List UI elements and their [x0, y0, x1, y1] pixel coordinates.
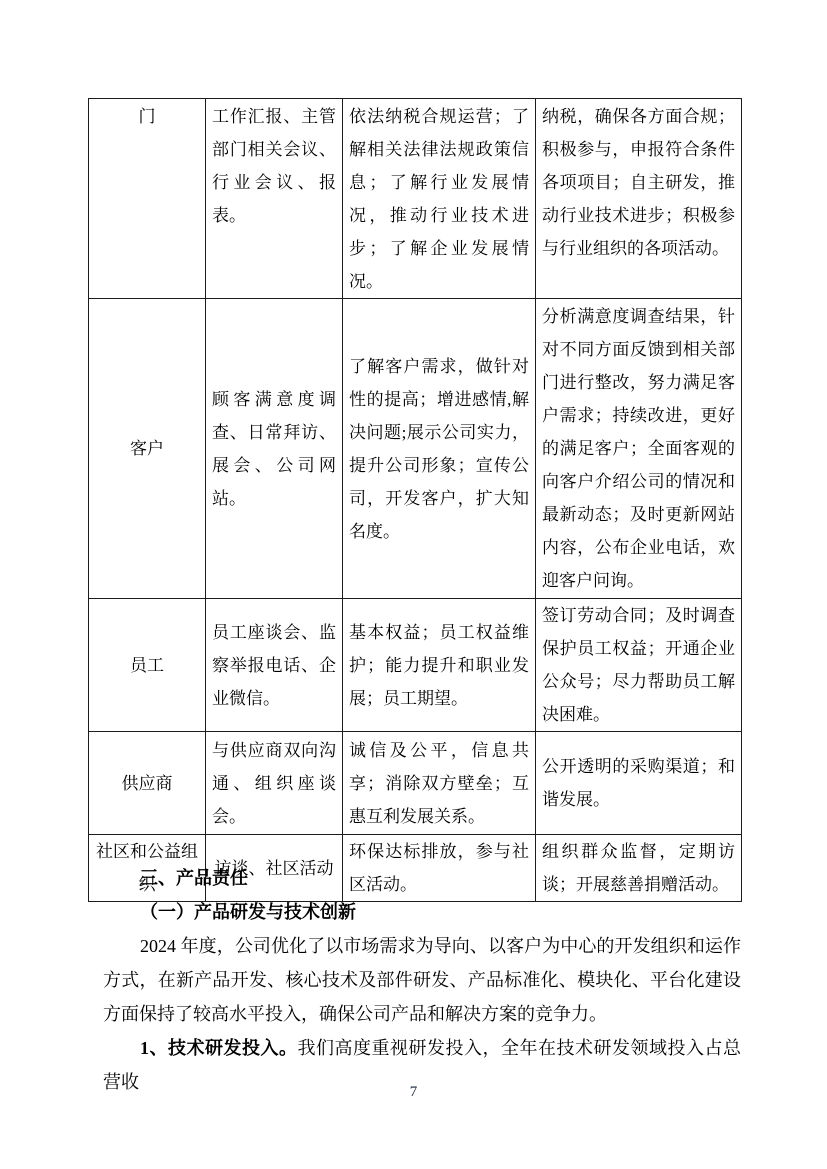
- responses-cell: 分析满意度调查结果，针对不同方面反馈到相关部门进行整改，努力满足客户需求；持续改…: [536, 299, 742, 599]
- paragraph-text: 2024 年度，公司优化了以市场需求为导向、以客户为中心的开发组织和运作方式，在…: [103, 936, 741, 1024]
- expectations-cell: 诚信及公平，信息共享；消除双方壁垒；互惠互利发展关系。: [343, 732, 536, 835]
- document-page: 门 工作汇报、主管部门相关会议、行业会议、报表。 依法纳税合规运营；了解相关法律…: [0, 0, 827, 1169]
- responses-cell: 公开透明的采购渠道；和谐发展。: [536, 732, 742, 835]
- stakeholder-cell: 门: [89, 99, 206, 299]
- body-content: 三、产品责任 （一）产品研发与技术创新 2024 年度，公司优化了以市场需求为导…: [103, 861, 741, 1099]
- table-row: 员工 员工座谈会、监察举报电话、企业微信。 基本权益；员工权益维护；能力提升和职…: [89, 599, 742, 732]
- channels-cell: 员工座谈会、监察举报电话、企业微信。: [206, 599, 343, 732]
- channels-cell: 顾客满意度调查、日常拜访、展会、公司网站。: [206, 299, 343, 599]
- paragraph: 2024 年度，公司优化了以市场需求为导向、以客户为中心的开发组织和运作方式，在…: [103, 929, 741, 1031]
- stakeholder-cell: 供应商: [89, 732, 206, 835]
- expectations-cell: 了解客户需求，做针对性的提高；增进感情,解决问题;展示公司实力，提升公司形象；宣…: [343, 299, 536, 599]
- table-row: 客户 顾客满意度调查、日常拜访、展会、公司网站。 了解客户需求，做针对性的提高；…: [89, 299, 742, 599]
- stakeholder-cell: 员工: [89, 599, 206, 732]
- section-heading-level2: （一）产品研发与技术创新: [103, 895, 741, 929]
- stakeholder-table: 门 工作汇报、主管部门相关会议、行业会议、报表。 依法纳税合规运营；了解相关法律…: [88, 98, 742, 902]
- responses-cell: 签订劳动合同；及时调查保护员工权益；开通企业公众号；尽力帮助员工解决困难。: [536, 599, 742, 732]
- expectations-cell: 依法纳税合规运营；了解相关法律法规政策信息；了解行业发展情况，推动行业技术进步；…: [343, 99, 536, 299]
- expectations-cell: 基本权益；员工权益维护；能力提升和职业发展；员工期望。: [343, 599, 536, 732]
- page-number: 7: [0, 1083, 827, 1101]
- section-heading-level1: 三、产品责任: [103, 861, 741, 895]
- list-item-lead: 1、技术研发投入。: [140, 1038, 298, 1058]
- table-row: 供应商 与供应商双向沟通、组织座谈会。 诚信及公平，信息共享；消除双方壁垒；互惠…: [89, 732, 742, 835]
- responses-cell: 纳税，确保各方面合规；积极参与，申报符合条件各项项目；自主研发，推动行业技术进步…: [536, 99, 742, 299]
- channels-cell: 与供应商双向沟通、组织座谈会。: [206, 732, 343, 835]
- stakeholder-cell: 客户: [89, 299, 206, 599]
- table-row: 门 工作汇报、主管部门相关会议、行业会议、报表。 依法纳税合规运营；了解相关法律…: [89, 99, 742, 299]
- channels-cell: 工作汇报、主管部门相关会议、行业会议、报表。: [206, 99, 343, 299]
